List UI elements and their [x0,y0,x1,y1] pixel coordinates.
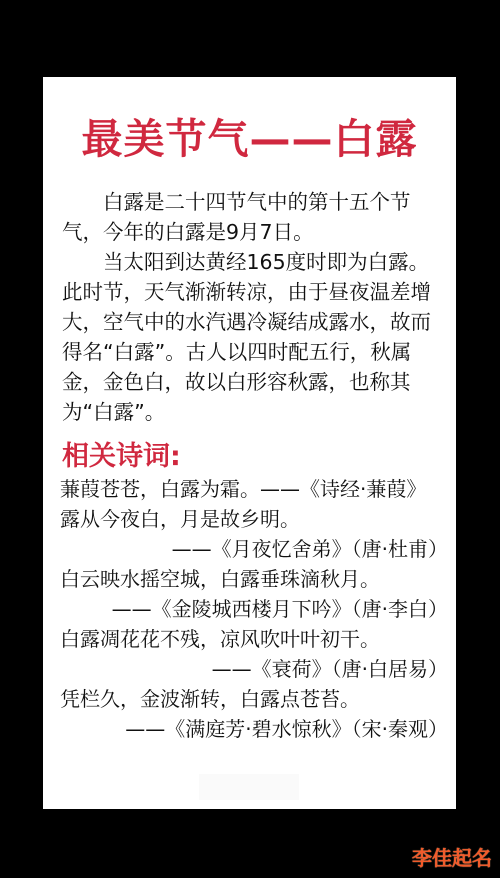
poem-verse: 露从今夜白，月是故乡明。 [60,504,450,534]
poem-verse: 蒹葭苍苍，白露为霜。——《诗经·蒹葭》 [60,474,450,504]
paragraph: 当太阳到达黄经165度时即为白露。此时节，天气渐渐转凉，由于昼夜温差增大，空气中… [62,247,444,427]
poem-source: ——《满庭芳·碧水惊秋》（宋·秦观） [60,714,450,744]
paragraph: 白露是二十四节气中的第十五个节气，今年的白露是9月7日。 [62,187,444,247]
page-title: 最美节气——白露 [43,114,456,164]
faint-artifact [199,774,299,800]
poem-source: ——《月夜忆舍弟》（唐·杜甫） [60,534,450,564]
poem-verse: 白云映水摇空城，白露垂珠滴秋月。 [60,564,450,594]
poem-source: ——《金陵城西楼月下吟》（唐·李白） [60,594,450,624]
poems-list: 蒹葭苍苍，白露为霜。——《诗经·蒹葭》 露从今夜白，月是故乡明。 ——《月夜忆舍… [60,474,450,744]
intro-text: 白露是二十四节气中的第十五个节气，今年的白露是9月7日。 当太阳到达黄经165度… [62,187,444,427]
poem-source: ——《衰荷》（唐·白居易） [60,654,450,684]
watermark: 李佳起名 [412,845,492,871]
document-card: 最美节气——白露 白露是二十四节气中的第十五个节气，今年的白露是9月7日。 当太… [43,77,456,809]
poem-verse: 白露凋花花不残，凉风吹叶叶初干。 [60,624,450,654]
poems-heading: 相关诗词: [62,439,181,475]
poem-verse: 凭栏久，金波渐转，白露点苍苔。 [60,684,450,714]
